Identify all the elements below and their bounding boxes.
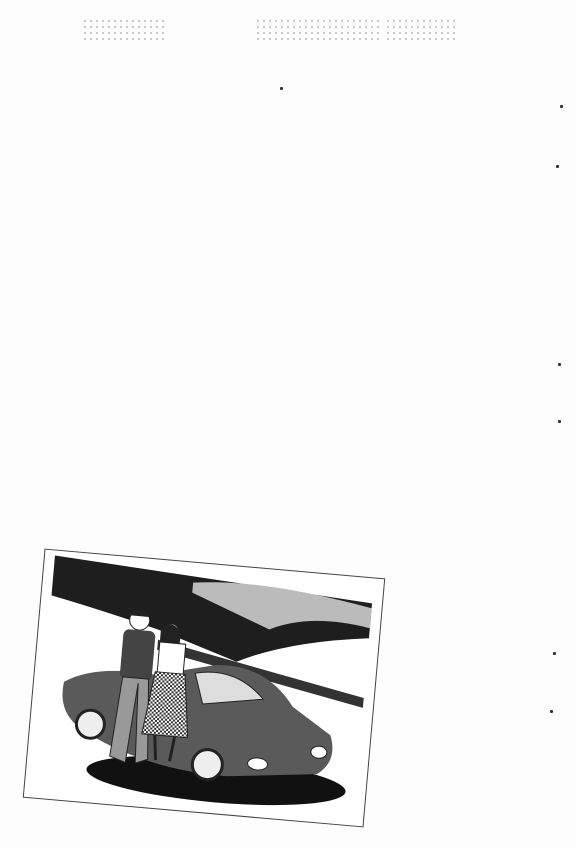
car-wheel-front (191, 748, 224, 781)
illustration (24, 550, 384, 827)
couple-car-photo (23, 549, 385, 828)
car-wheel-rear (75, 709, 105, 739)
